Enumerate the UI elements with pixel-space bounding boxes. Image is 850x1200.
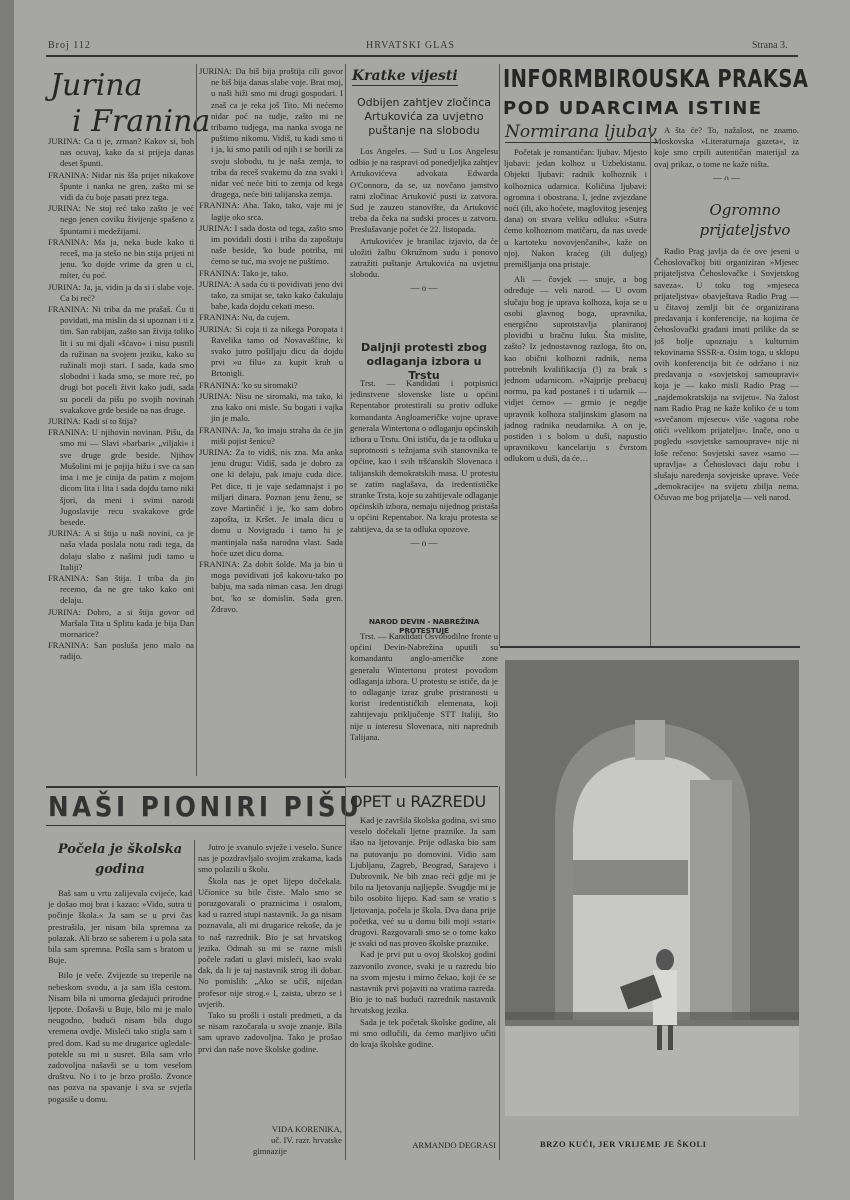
pioniri-banner: NAŠI PIONIRI PIŠU [48,790,363,823]
page-number: Strana 3. [752,40,788,51]
dialogue-line: FRANINA: San štija. I triba da jin recem… [48,573,194,607]
pocela-skolska-body-col1: Baš sam u vrtu zalijevala cvijeće, kad j… [48,888,192,1153]
paragraph: Kad je završila školska godina, svi smo … [350,815,496,949]
kratke-vijesti-section-title: Kratke vijesti [352,68,458,86]
jurina-column-2: JURINA: Da biš bija proštija cili govor … [199,66,343,776]
section-rule [500,646,800,648]
dialogue-line: JURINA: Nisu ne siromaki, ma tako, ki zn… [199,391,343,425]
paragraph: Radio Prag javlja da će ove jeseni u Čeh… [654,246,799,504]
dialogue-line: FRANINA: Ni triba da me prašaš. Ću ti po… [48,304,194,416]
column-divider [345,64,346,778]
dialogue-line: JURINA: Ca ti je, zrman? Kakov si, boh n… [48,136,194,170]
dialogue-line: FRANINA: San posluša jeno malo na radijo… [48,640,194,662]
section-rule [46,825,346,826]
jurina-column-1: JURINA: Ca ti je, zrman? Kakov si, boh n… [48,136,194,772]
paragraph: Škola nas je opet lijepo dočekala. Učion… [198,876,342,1010]
author-info: uč. IV. razr. hrvatske [198,1135,342,1146]
dialogue-line: JURINA: Ja, ja, vidin ja da si i slabe v… [48,282,194,304]
article-artukovic-title: Odbijen zahtjev zločinca Artukovića za u… [350,96,498,138]
opet-u-razredu-title: OPET u RAZREDU [350,792,486,811]
paragraph: Kad je prvi put u ovoj školskoj godini z… [350,949,496,1016]
author-armando: ARMANDO DEGRASI [350,1140,496,1150]
dialogue-line: FRANINA: Tako je, tako. [199,268,343,279]
paragraph: Baš sam u vrtu zalijevala cvijeće, kad j… [48,888,192,966]
dialogue-line: JURINA: Za to vidiš, nis zna. Ma anka je… [199,447,343,559]
normirana-ljubav-title: Normirana ljubav [505,122,657,143]
normirana-ljubav-body: Početak je romantičan: ljubav. Mjesto lj… [504,147,647,637]
paragraph: Los Angeles. — Sud u Los Angelesu odbio … [350,146,498,236]
newspaper-title: HRVATSKI GLAS [366,40,455,51]
column-divider [650,125,651,647]
dialogue-line: FRANINA: U njihovin novinan. Pišu, da sm… [48,427,194,528]
dialogue-line: JURINA: Si cuja ti za nikega Poropata i … [199,324,343,380]
photo-caption: BRZO KUĆI, JER VRIJEME JE ŠKOLI [540,1139,706,1149]
dialogue-line: FRANINA: Ja, 'ko imaju straha da će jin … [199,425,343,447]
article-artukovic-body: Los Angeles. — Sud u Los Angelesu odbio … [350,146,498,328]
dialogue-line: JURINA: Da biš bija proštija cili govor … [199,66,343,200]
dialogue-line: JURINA: A si štija u naši novini, ca je … [48,528,194,573]
separator: — o — [350,538,498,549]
opet-u-razredu-body: Kad je završila školska godina, svi smo … [350,815,496,1135]
author-info: gimnazije [198,1146,342,1157]
ogromno-prijateljstvo-body: Radio Prag javlja da će ove jeseni u Čeh… [654,246,799,641]
paragraph: Trst. — Kandidati i potpisnici jedinstve… [350,378,498,535]
separator: — o — [654,173,799,180]
photo-illustration [505,660,799,1116]
dialogue-line: FRANINA: 'ko su siromaki? [199,380,343,391]
column-divider [194,840,195,1160]
dialogue-line: FRANINA: Nidar nis šša prijet nikakove š… [48,170,194,204]
paragraph: A šta će? To, nažalost, ne znamo. Moskov… [654,125,799,170]
column-divider [345,786,346,1160]
jurina-title-line1: Jurina [50,68,143,103]
issue-number: Broj 112 [48,40,91,51]
dialogue-line: FRANINA: Aha. Tako, tako, vaje mi je lag… [199,200,343,222]
article-devin-body: Trst. — Kandidati Osvobodilne fronte u o… [350,631,498,781]
section-rule [46,786,346,788]
masthead-rule [46,55,798,57]
paragraph: Bilo je veče. Zvijezde su treperile na n… [48,970,192,1104]
dialogue-line: FRANINA: Za dobit šolde. Ma ja bin ti mo… [199,559,343,615]
inform-continuation: A šta će? To, nažalost, ne znamo. Moskov… [654,125,799,180]
column-divider [499,786,500,1160]
dialogue-line: JURINA: Kadi si to štija? [48,416,194,427]
paragraph: Artukovićev je branilac izjavio, da će u… [350,236,498,281]
paragraph: Sada je tek početak školske godine, ali … [350,1017,496,1051]
dialogue-line: JURINA: I sada dosta od tega, zašto smo … [199,223,343,268]
article-trst-title: Daljnji protesti zbog odlaganja izbora u… [350,341,498,383]
dialogue-line: JURINA: Ne stoj reć tako zašto je već ne… [48,203,194,237]
inform-headline-2: POD UDARCIMA ISTINE [503,98,763,119]
dialogue-line: JURINA: Dobro, a si štija govor od Marša… [48,607,194,641]
author-block-vida: VIDA KORENIKA, uč. IV. razr. hrvatske gi… [198,1124,342,1157]
paragraph: Jutro je svanulo svježe i veselo. Sunce … [198,842,342,876]
pocela-skolska-body-col2: Jutro je svanulo svježe i veselo. Sunce … [198,842,342,1132]
dialogue-line: FRANINA: Ma ja, neka bude kako ti receš,… [48,237,194,282]
paragraph: Početak je romantičan: ljubav. Mjesto lj… [504,147,647,270]
column-divider [499,64,500,646]
column-divider [196,64,197,776]
dialogue-line: JURINA: A sada ću ti povidivati jeno dvi… [199,279,343,313]
author-name: VIDA KORENIKA, [198,1124,342,1135]
paragraph: Trst. — Kandidati Osvobodilne fronte u o… [350,631,498,743]
article-trst-body: Trst. — Kandidati i potpisnici jedinstve… [350,378,498,610]
ogromno-prijateljstvo-title: Ogromno prijateljstvo [690,200,800,240]
paragraph: Tako su prošli i ostali predmeti, a da s… [198,1010,342,1055]
separator: — o — [350,283,498,294]
inform-headline-1: INFORMBIROUSKA PRAKSA [503,64,734,93]
dialogue-line: FRANINA: Nu, da cujem. [199,312,343,323]
paragraph: Ali — čovjek — snuje, a bog određuje — v… [504,274,647,464]
pocela-skolska-title: Počela je školska godina [50,840,190,880]
photo-arch-girl-basket [505,660,799,1116]
section-rule [346,786,498,787]
jurina-title-line2: i Franina [72,104,210,139]
